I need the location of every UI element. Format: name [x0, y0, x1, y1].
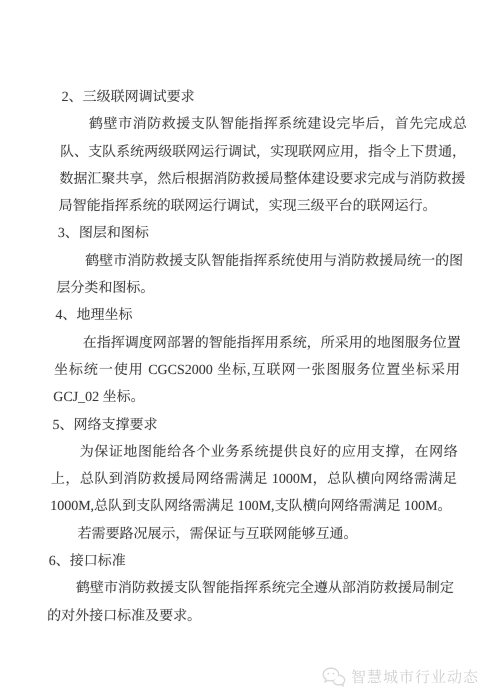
- document-page: 2、三级联网调试要求 鹤壁市消防救援支队智能指挥系统建设完毕后，首先完成总队、支…: [0, 0, 495, 700]
- section-heading: 2、三级联网调试要求: [61, 84, 468, 111]
- section-paragraph: 若需要路况展示，需保证与互联网能够互通。: [49, 521, 456, 548]
- section-heading: 4、地理坐标: [55, 302, 462, 329]
- section-paragraph: 鹤壁市消防救援支队智能指挥系统完全遵从部消防救援局制定的对外接口标准及要求。: [47, 575, 455, 630]
- chat-bubbles-icon: [322, 667, 346, 687]
- section-paragraph: 鹤壁市消防救援支队智能指挥系统使用与消防救援局统一的图层分类和图标。: [56, 248, 464, 303]
- section-paragraph: 鹤壁市消防救援支队智能指挥系统建设完毕后，首先完成总队、支队系统两级联网运行调试…: [58, 111, 467, 220]
- watermark: 智慧城市行业动态: [322, 666, 479, 687]
- document-section: 5、网络支撑要求 为保证地图能给各个业务系统提供良好的应用支撑，在网络上，总队到…: [49, 412, 459, 548]
- document-body: 2、三级联网调试要求 鹤壁市消防救援支队智能指挥系统建设完毕后，首先完成总队、支…: [47, 84, 468, 630]
- document-section: 6、接口标准 鹤壁市消防救援支队智能指挥系统完全遵从部消防救援局制定的对外接口标…: [47, 548, 455, 630]
- document-section: 2、三级联网调试要求 鹤壁市消防救援支队智能指挥系统建设完毕后，首先完成总队、支…: [58, 84, 468, 220]
- section-paragraph: 在指挥调度网部署的智能指挥用系统，所采用的地图服务位置坐标统一使用 CGCS20…: [53, 330, 461, 412]
- document-section: 4、地理坐标 在指挥调度网部署的智能指挥用系统，所采用的地图服务位置坐标统一使用…: [53, 302, 462, 411]
- section-heading: 3、图层和图标: [57, 220, 464, 247]
- document-section: 3、图层和图标 鹤壁市消防救援支队智能指挥系统使用与消防救援局统一的图层分类和图…: [56, 220, 464, 302]
- watermark-text: 智慧城市行业动态: [351, 666, 479, 687]
- section-heading: 6、接口标准: [48, 548, 455, 575]
- section-paragraph: 为保证地图能给各个业务系统提供良好的应用支撑，在网络上，总队到消防救援局网络需满…: [50, 439, 458, 521]
- section-heading: 5、网络支撑要求: [52, 412, 459, 439]
